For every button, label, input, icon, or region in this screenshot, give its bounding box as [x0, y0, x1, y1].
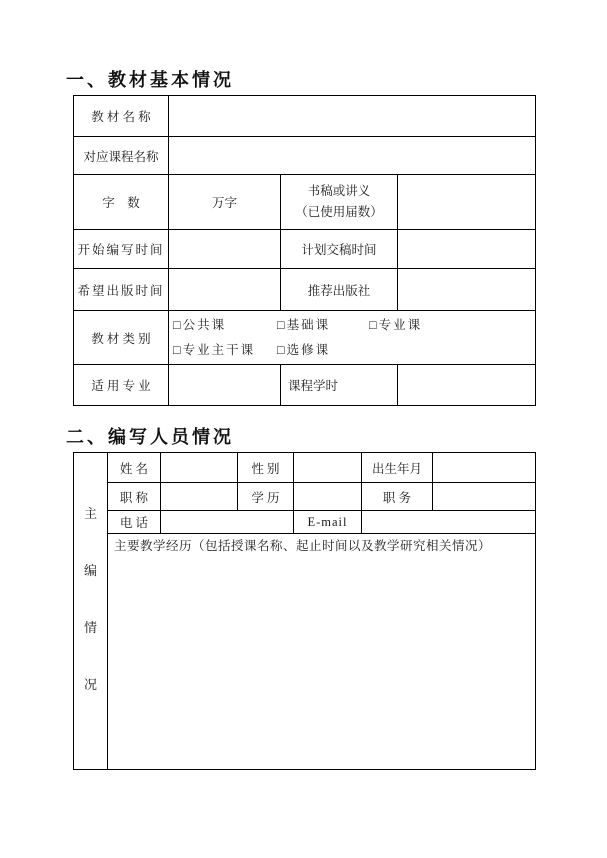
word-count-field[interactable]: 万字 [169, 175, 281, 230]
course-hours-field[interactable] [398, 365, 536, 406]
email-field[interactable] [362, 511, 536, 534]
checkbox-icon: □ [369, 318, 379, 332]
planned-submission-time-field[interactable] [398, 230, 536, 269]
table-row: 开始编写时间 计划交稿时间 [74, 230, 536, 269]
position-field[interactable] [433, 483, 536, 511]
table-row: 职 称 学 历 职 务 [74, 483, 536, 511]
table-row: 对应课程名称 [74, 137, 536, 175]
textbook-info-table: 教 材 名 称 对应课程名称 字 数 万字 书稿或讲义 （已使用届数） 开始编写… [73, 95, 536, 406]
desired-publish-time-label: 希望出版时间 [74, 269, 169, 311]
table-row: 电 话 E-mail [74, 511, 536, 534]
start-writing-time-field[interactable] [169, 230, 281, 269]
table-row: 教 材 名 称 [74, 96, 536, 137]
course-hours-label: 课程学时 [281, 365, 398, 406]
gender-field[interactable] [294, 453, 362, 483]
gender-label: 性 别 [238, 453, 294, 483]
start-writing-time-label: 开始编写时间 [74, 230, 169, 269]
applicable-major-field[interactable] [169, 365, 281, 406]
name-label: 姓 名 [108, 453, 161, 483]
manuscript-usage-label: 书稿或讲义 （已使用届数） [281, 175, 398, 230]
category-options-line2: □专业主干课□选修课 [173, 338, 535, 363]
section2-title: 二、编写人员情况 [66, 428, 607, 447]
chief-editor-side-label: 主 编 情 况 [74, 453, 108, 770]
table-row: 教 材 类 别 □公共课□基础课□专业课 □专业主干课□选修课 [74, 311, 536, 365]
email-label: E-mail [294, 511, 362, 534]
manuscript-usage-field[interactable] [398, 175, 536, 230]
teaching-experience-field[interactable]: 主要教学经历（包括授课名称、起止时间以及教学研究相关情况） [108, 534, 536, 770]
category-options-line1: □公共课□基础课□专业课 [173, 313, 535, 338]
table-row: 主 编 情 况 姓 名 性 别 出生年月 [74, 453, 536, 483]
recommended-publisher-field[interactable] [398, 269, 536, 311]
table-row: 适 用 专 业 课程学时 [74, 365, 536, 406]
textbook-name-field[interactable] [169, 96, 536, 137]
authors-info-table: 主 编 情 况 姓 名 性 别 出生年月 职 称 学 历 职 务 电 话 [73, 452, 536, 770]
recommended-publisher-label: 推荐出版社 [281, 269, 398, 311]
document-page: 一、教材基本情况 教 材 名 称 对应课程名称 字 数 万字 书稿或讲义 （已使… [0, 0, 607, 858]
planned-submission-time-label: 计划交稿时间 [281, 230, 398, 269]
course-name-field[interactable] [169, 137, 536, 175]
checkbox-icon: □ [277, 343, 287, 357]
education-field[interactable] [294, 483, 362, 511]
checkbox-major-core-course[interactable]: □专业主干课 [173, 338, 277, 363]
table-row: 主要教学经历（包括授课名称、起止时间以及教学研究相关情况） [74, 534, 536, 770]
birth-date-field[interactable] [433, 453, 536, 483]
checkbox-basic-course[interactable]: □基础课 [277, 313, 369, 338]
section1-title: 一、教材基本情况 [66, 71, 607, 90]
table-row: 字 数 万字 书稿或讲义 （已使用届数） [74, 175, 536, 230]
birth-date-label: 出生年月 [362, 453, 433, 483]
course-name-label: 对应课程名称 [74, 137, 169, 175]
checkbox-icon: □ [277, 318, 287, 332]
checkbox-elective-course[interactable]: □选修课 [277, 338, 330, 363]
name-field[interactable] [161, 453, 238, 483]
professional-title-field[interactable] [161, 483, 238, 511]
education-label: 学 历 [238, 483, 294, 511]
table-row: 希望出版时间 推荐出版社 [74, 269, 536, 311]
checkbox-icon: □ [173, 343, 183, 357]
phone-field[interactable] [161, 511, 294, 534]
teaching-experience-label: 主要教学经历（包括授课名称、起止时间以及教学研究相关情况） [114, 538, 527, 555]
applicable-major-label: 适 用 专 业 [74, 365, 169, 406]
textbook-name-label: 教 材 名 称 [74, 96, 169, 137]
professional-title-label: 职 称 [108, 483, 161, 511]
word-count-label: 字 数 [74, 175, 169, 230]
checkbox-public-course[interactable]: □公共课 [173, 313, 277, 338]
category-label: 教 材 类 别 [74, 311, 169, 365]
desired-publish-time-field[interactable] [169, 269, 281, 311]
checkbox-major-course[interactable]: □专业课 [369, 313, 422, 338]
category-options-cell: □公共课□基础课□专业课 □专业主干课□选修课 [169, 311, 536, 365]
checkbox-icon: □ [173, 318, 183, 332]
position-label: 职 务 [362, 483, 433, 511]
chief-editor-side-label-text: 主 编 情 况 [74, 456, 107, 766]
phone-label: 电 话 [108, 511, 161, 534]
